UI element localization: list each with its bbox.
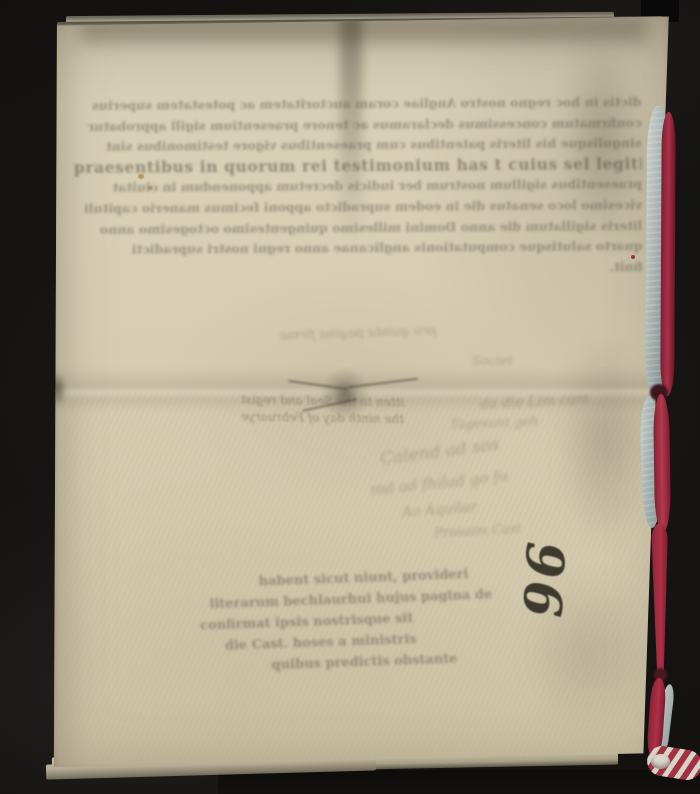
parchment-sheet: dictis in hoc regno nostro Angliae coram…	[52, 12, 670, 770]
ribbon-red-lower	[650, 524, 669, 676]
bleedthrough-line-emphasized: praesentibus in quorum rei testimonium h…	[74, 154, 642, 179]
ribbon-red-upper	[660, 112, 675, 396]
left-edge-fold-pinch	[47, 372, 67, 406]
scrawl-line: Tagesunt geh	[450, 414, 539, 432]
endorsement-showthrough: itten to the Seal and regist the ninth d…	[146, 390, 405, 428]
scrawl-line: Societ	[472, 354, 513, 369]
ribbon-red-middle	[653, 394, 671, 532]
stain-middle-right	[557, 332, 652, 547]
bleedthrough-text-block: dictis in hoc regno nostro Angliae coram…	[73, 92, 642, 281]
ribbon-knot	[651, 754, 670, 769]
bleedthrough-line: quarto salutisque computationis anglican…	[74, 236, 642, 261]
archival-number: 96	[490, 542, 596, 619]
scrawl-line: pro quinta pagina firma	[280, 323, 437, 343]
scan-cradle-shadow	[218, 770, 700, 794]
archive-scan-stage: dictis in hoc regno nostro Angliae coram…	[0, 0, 700, 794]
bleedthrough-line: finit.	[75, 257, 643, 282]
